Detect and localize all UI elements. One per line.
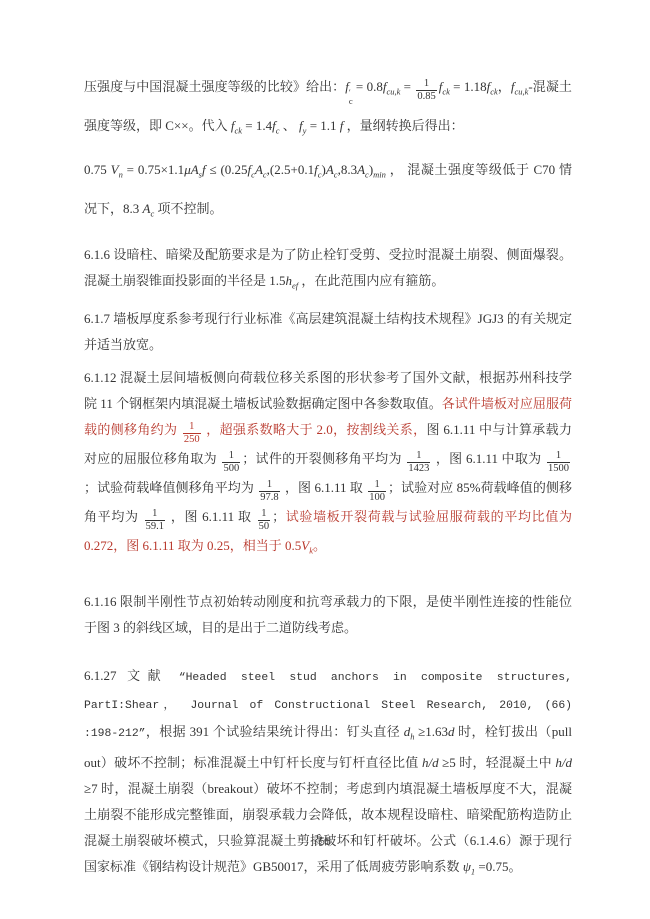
math-variable: As	[191, 162, 202, 177]
text-run: = 0.8	[353, 79, 383, 94]
math-variable: fc	[248, 162, 255, 177]
math-variable: fck	[439, 79, 450, 94]
text-run: =0.75。	[475, 859, 521, 874]
paragraph-6-1-12: 6.1.12 混凝土层间墙板侧向荷载位移关系图的形状参考了国外文献，根据苏州科技…	[84, 365, 572, 563]
text-run: ，	[498, 79, 511, 94]
fraction: 197.8	[257, 479, 281, 504]
math-variable: dh	[404, 724, 415, 739]
text-run: ，在此范围内应有箍筋。	[298, 273, 444, 288]
fraction: 10.85	[414, 78, 438, 103]
paragraph-6-1-27: 6.1.27 文献 “Headed steel stud anchors in …	[84, 663, 572, 884]
math-variable: f′c	[345, 79, 352, 94]
text-run: ；	[272, 509, 285, 524]
math-variable: μ	[184, 162, 191, 177]
paragraph-shear-formula: 0.75 Vn = 0.75×1.1μAsf ≤ (0.25fcAc,(2.5+…	[84, 153, 572, 230]
text-run: 6.1.7 墙板厚度系参考现行行业标准《高层建筑混凝土结构技术规程》JGJ3 的…	[84, 311, 572, 352]
paragraph-6-1-6: 6.1.6 设暗柱、暗梁及配筋要求是为了防止栓钉受剪、受拉时混凝土崩裂、侧面爆裂…	[84, 242, 572, 299]
page-number: 55	[0, 836, 650, 848]
math-variable: fcu,k	[383, 79, 401, 94]
text-run: ,(2.5+0.1	[267, 162, 314, 177]
paragraph-6-1-16: 6.1.16 限制半刚性节点初始转动刚度和抗弯承载力的下限，是使半刚性连接的性能…	[84, 589, 572, 641]
text-run: 项不控制。	[154, 201, 222, 216]
text-run: 压强度与中国混凝土强度等级的比较》给出：	[84, 79, 345, 94]
text-run: ≥5 时，轻混凝土中	[439, 755, 556, 770]
text-run: ，图 6.1.11 取	[167, 509, 256, 524]
text-run: ，量纲转换后得出：	[343, 118, 463, 133]
math-variable: Ac	[357, 162, 369, 177]
math-variable: fc	[272, 118, 279, 133]
document-content: 压强度与中国混凝土强度等级的比较》给出：f′c = 0.8fcu,k = 10.…	[84, 70, 572, 885]
paragraph-strength-grade-continued: 压强度与中国混凝土强度等级的比较》给出：f′c = 0.8fcu,k = 10.…	[84, 70, 572, 147]
math-variable: h/d	[555, 755, 572, 770]
fraction: 150	[256, 508, 273, 533]
text-run: ≥1.63	[414, 724, 448, 739]
text-run: = 1.1	[306, 118, 339, 133]
fraction: 11500	[545, 450, 572, 475]
math-variable: fck	[487, 79, 498, 94]
text-run: 、	[280, 118, 300, 133]
text-run: 6.1.27 文献	[84, 668, 179, 683]
text-run: ≤ (0.25	[206, 162, 248, 177]
math-variable: Ac	[143, 201, 155, 216]
text-run: = 1.4	[242, 118, 272, 133]
math-variable: hef	[286, 273, 299, 288]
paragraph-6-1-7: 6.1.7 墙板厚度系参考现行行业标准《高层建筑混凝土结构技术规程》JGJ3 的…	[84, 306, 572, 358]
document-page: 压强度与中国混凝土强度等级的比较》给出：f′c = 0.8fcu,k = 10.…	[0, 0, 650, 919]
math-variable: ψ1	[463, 859, 475, 874]
text-run: 6.1.16 限制半刚性节点初始转动刚度和抗弯承载力的下限，是使半刚性连接的性能…	[84, 594, 572, 635]
math-variable: fc	[314, 162, 321, 177]
text-run: ；试件的开裂侧移角平均为	[242, 451, 405, 466]
text-run: = 1.18	[450, 79, 487, 94]
text-run: ，图 6.1.11 中取为	[432, 451, 545, 466]
fraction: 11423	[405, 450, 432, 475]
text-run: ，根据 391 个试验结果统计得出：钉头直径	[146, 724, 404, 739]
fraction: 1250	[181, 421, 203, 446]
text-run: =	[400, 79, 414, 94]
text-run: 。	[313, 538, 326, 553]
math-variable: Ac	[326, 162, 338, 177]
fraction: 1100	[366, 479, 388, 504]
fraction: 159.1	[143, 508, 167, 533]
math-variable: Vk	[301, 538, 313, 553]
math-variable: min	[373, 162, 386, 177]
math-variable: fck	[231, 118, 242, 133]
text-run: = 0.75×1.1	[123, 162, 184, 177]
text-run: ,8.3	[338, 162, 358, 177]
fraction: 1500	[220, 450, 242, 475]
math-variable: Ac	[255, 162, 267, 177]
text-run: ，超强系数略大于 2.0，按割线关系，	[203, 422, 427, 437]
text-run: 0.75	[84, 162, 111, 177]
text-run: ；试验荷载峰值侧移角平均为	[84, 480, 257, 495]
math-variable: h/d	[422, 755, 439, 770]
math-variable: fcu,k	[511, 79, 529, 94]
text-run: ，图 6.1.11 取	[282, 480, 367, 495]
math-variable: Vn	[111, 162, 123, 177]
